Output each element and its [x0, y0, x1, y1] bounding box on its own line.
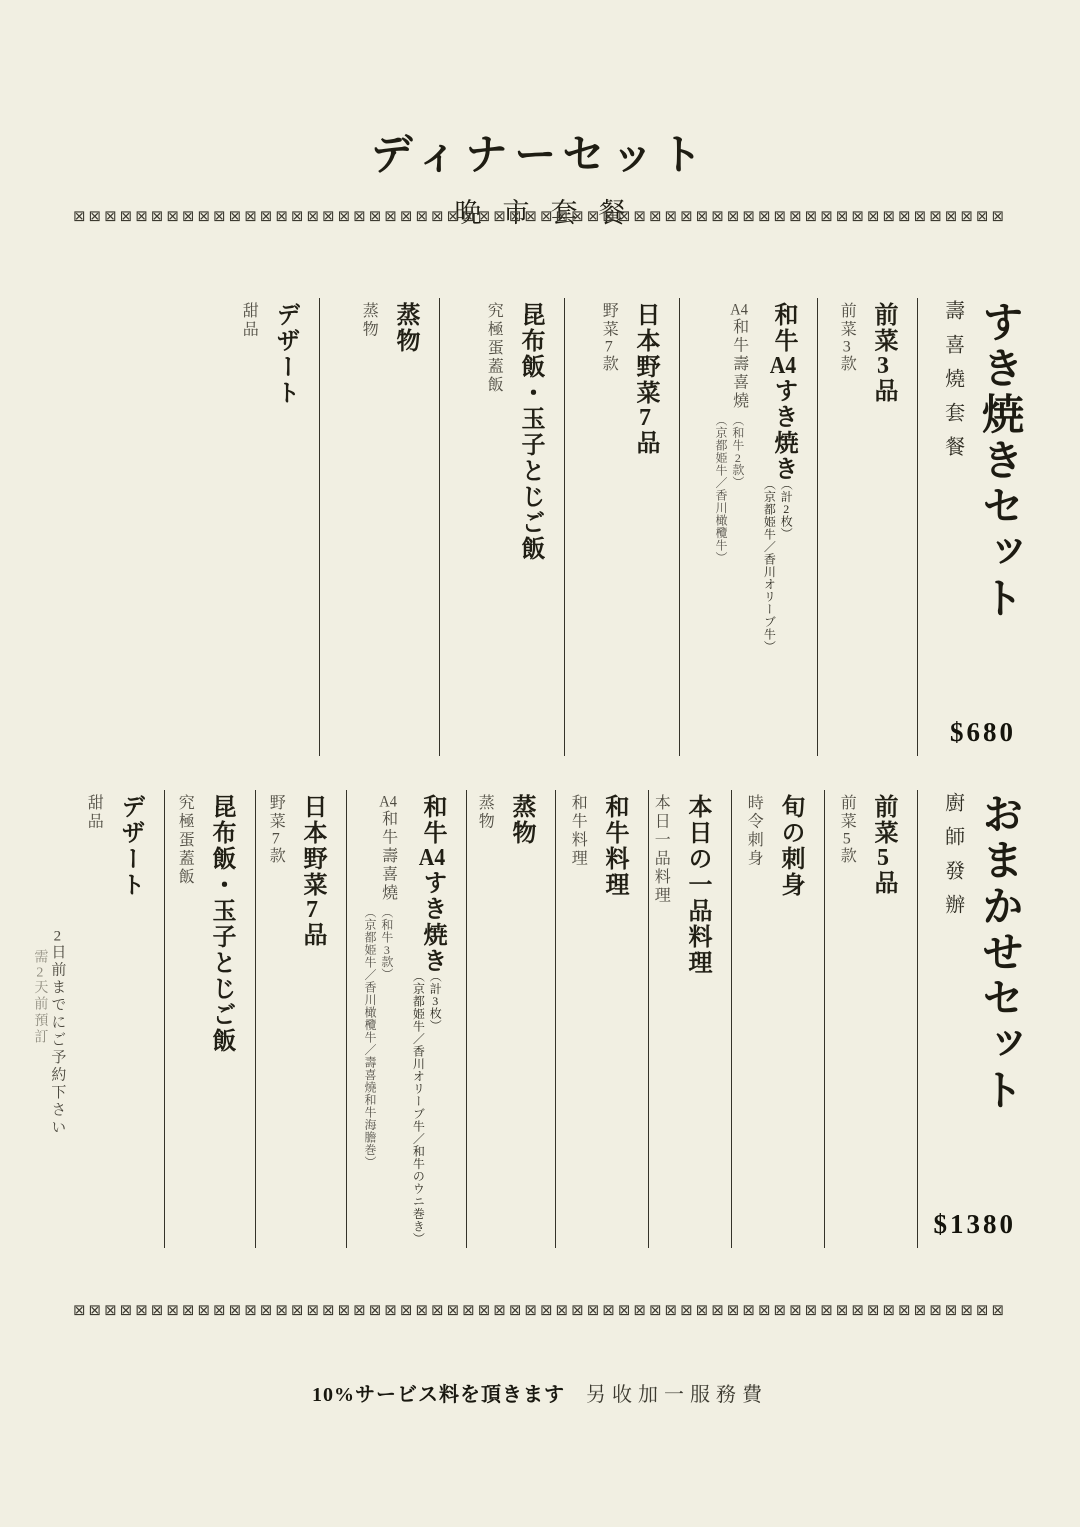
- item-name-cn: 究極蛋蓋飯: [482, 302, 503, 756]
- item-dessert: デザート 甜品 2日前までにご予約下さい 需2天前預訂: [45, 790, 165, 1248]
- item-name-cn: 前菜3款: [835, 302, 856, 756]
- item-name-cn: 本日一品料理: [649, 794, 670, 1248]
- item-wagyu-sukiyaki: 和牛A4すき焼き （計2枚） （京都姫牛／香川オリーブ牛） A4和牛壽喜燒 （和…: [680, 298, 818, 756]
- item-name-jp: 日本野菜7品: [297, 794, 326, 1248]
- ornament-border-top: ⊠⊠⊠⊠⊠⊠⊠⊠⊠⊠⊠⊠⊠⊠⊠⊠⊠⊠⊠⊠⊠⊠⊠⊠⊠⊠⊠⊠⊠⊠⊠⊠⊠⊠⊠⊠⊠⊠⊠⊠…: [38, 207, 1042, 229]
- item-name-jp: 昆布飯・玉子とじご飯: [206, 794, 235, 1248]
- item-rice: 昆布飯・玉子とじご飯 究極蛋蓋飯: [165, 790, 256, 1248]
- item-name-jp: 日本野菜7品: [630, 302, 659, 756]
- item-name-jp: デザート: [270, 302, 299, 756]
- section-title-cn: 壽喜燒套餐: [938, 300, 967, 756]
- item-name-cn: 究極蛋蓋飯: [173, 794, 194, 1248]
- ornament-border-bottom: ⊠⊠⊠⊠⊠⊠⊠⊠⊠⊠⊠⊠⊠⊠⊠⊠⊠⊠⊠⊠⊠⊠⊠⊠⊠⊠⊠⊠⊠⊠⊠⊠⊠⊠⊠⊠⊠⊠⊠⊠…: [38, 1301, 1042, 1323]
- section-price: $1380: [934, 1209, 1017, 1240]
- item-sashimi: 旬の刺身 時令刺身: [732, 790, 825, 1248]
- service-charge-cn: 另收加一服務費: [586, 1384, 768, 1406]
- item-vegetables: 日本野菜7品 野菜7款: [256, 790, 347, 1248]
- sukiyaki-header: すき焼きセット 壽喜燒套餐 $680: [918, 298, 1030, 756]
- item-name-jp: 旬の刺身: [775, 794, 804, 1248]
- item-name-cn: 野菜7款: [264, 794, 285, 1248]
- item-daily-special: 本日の一品料理 本日一品料理: [649, 790, 732, 1248]
- item-name-jp: 本日の一品料理: [682, 794, 711, 1248]
- menu-page: ディナーセット 晩市套餐 ⊠⊠⊠⊠⊠⊠⊠⊠⊠⊠⊠⊠⊠⊠⊠⊠⊠⊠⊠⊠⊠⊠⊠⊠⊠⊠⊠…: [0, 0, 1080, 1527]
- item-name-cn: 前菜5款: [835, 794, 856, 1248]
- section-title-cn: 廚師發辦: [938, 792, 967, 1248]
- reservation-note-cn: 需2天前預訂: [31, 949, 48, 1046]
- item-steamed: 蒸物 蒸物: [467, 790, 556, 1248]
- item-name-jp: 前菜5品: [868, 794, 897, 1248]
- item-name-cn: 蒸物: [357, 302, 378, 756]
- item-dessert: デザート 甜品: [195, 298, 320, 756]
- page-title: ディナーセット: [0, 122, 1080, 182]
- item-wagyu-sukiyaki: 和牛A4すき焼き （計3枚） （京都姫牛／香川オリーブ牛／和牛のウニ巻き） A4…: [347, 790, 467, 1248]
- service-charge-note: 10%サービス料を頂きます 另收加一服務費: [0, 1378, 1080, 1407]
- item-rice: 昆布飯・玉子とじご飯 究極蛋蓋飯: [440, 298, 565, 756]
- item-wagyu-dish: 和牛料理 和牛料理: [556, 790, 649, 1248]
- item-appetizer: 前菜3品 前菜3款: [818, 298, 918, 756]
- section-omakase-set: おまかせセット 廚師發辦 $1380 前菜5品 前菜5款 旬の刺身 時令刺身 本…: [45, 790, 1030, 1248]
- omakase-header: おまかせセット 廚師發辦 $1380: [918, 790, 1030, 1248]
- item-name-jp: 昆布飯・玉子とじご飯: [515, 302, 544, 756]
- item-name-cn: 甜品: [237, 302, 258, 756]
- item-name-cn: 甜品: [82, 794, 103, 1248]
- service-charge-jp: 10%サービス料を頂きます: [312, 1384, 565, 1406]
- item-name-jp: 蒸物: [506, 794, 535, 1248]
- section-sukiyaki-set: すき焼きセット 壽喜燒套餐 $680 前菜3品 前菜3款 和牛A4すき焼き （計…: [195, 298, 1030, 756]
- reservation-note: 2日前までにご予約下さい 需2天前預訂: [30, 794, 66, 1248]
- item-name-cn: 蒸物: [473, 794, 494, 1248]
- item-name-jp: デザート: [115, 794, 144, 1248]
- item-name-jp: 蒸物: [390, 302, 419, 756]
- section-title-jp: おまかせセット: [974, 792, 1024, 1248]
- item-name-cn: 和牛料理: [566, 794, 587, 1248]
- item-name-jp: 和牛料理: [599, 794, 628, 1248]
- reservation-note-jp: 2日前までにご予約下さい: [49, 929, 65, 1137]
- section-price: $680: [950, 717, 1016, 748]
- item-name-cn: 野菜7款: [597, 302, 618, 756]
- item-vegetables: 日本野菜7品 野菜7款: [565, 298, 680, 756]
- item-name-jp: 前菜3品: [868, 302, 897, 756]
- item-name-cn: 時令刺身: [742, 794, 763, 1248]
- section-title-jp: すき焼きセット: [974, 300, 1024, 756]
- item-appetizer: 前菜5品 前菜5款: [825, 790, 918, 1248]
- item-steamed: 蒸物 蒸物: [320, 298, 440, 756]
